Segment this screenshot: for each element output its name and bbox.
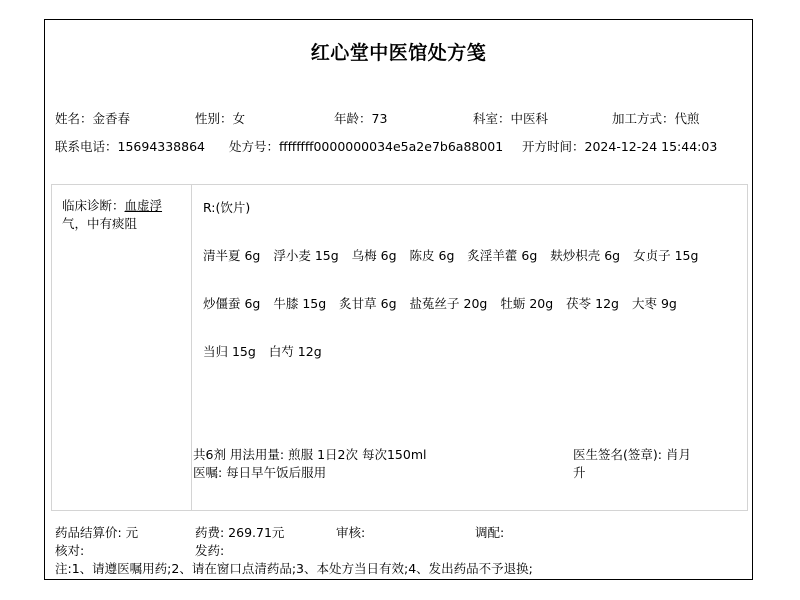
- herb-item: 麸炒枳壳 6g: [550, 248, 620, 263]
- herb-item: 牡蛎 20g: [500, 296, 553, 311]
- prescription-body: R:(饮片) 清半夏 6g 浮小麦 15g 乌梅 6g 陈皮 6g 炙淫羊藿 6…: [193, 185, 747, 510]
- herb-item: 茯苓 12g: [566, 296, 619, 311]
- check-field: 核对:: [55, 541, 84, 559]
- herb-item: 盐菟丝子 20g: [410, 296, 488, 311]
- diagnosis-cell: 临床诊断：血虚浮 气，中有痰阻: [52, 185, 192, 510]
- herb-item: 牛膝 15g: [273, 296, 326, 311]
- herb-item: 炙淫羊藿 6g: [467, 248, 537, 263]
- prescription-number: 处方号：ffffffff0000000034e5a2e7b6a88001: [229, 137, 503, 155]
- prescription-type: R:(饮片): [203, 198, 250, 216]
- herb-item: 清半夏 6g: [203, 248, 260, 263]
- prescription-time: 开方时间：2024-12-24 15:44:03: [522, 137, 717, 155]
- footer-note: 注:1、请遵医嘱用药;2、请在窗口点清药品;3、本处方当日有效;4、发出药品不予…: [55, 559, 533, 577]
- dispense-adjust-field: 调配:: [475, 523, 504, 541]
- process-method: 加工方式：代煎: [612, 109, 700, 127]
- department: 科室：中医科: [473, 109, 548, 127]
- herb-item: 乌梅 6g: [352, 248, 397, 263]
- herb-item: 炒僵蚕 6g: [203, 296, 260, 311]
- herb-item: 白芍 12g: [269, 344, 322, 359]
- herb-item: 陈皮 6g: [410, 248, 455, 263]
- diagnosis-text: 血虚浮: [125, 198, 163, 213]
- drug-fee: 药费: 269.71元: [195, 523, 284, 541]
- phone: 联系电话：15694338864: [55, 137, 205, 155]
- patient-gender: 性别：女: [195, 109, 245, 127]
- herb-item: 大枣 9g: [632, 296, 677, 311]
- settle-price: 药品结算价: 元: [55, 523, 138, 541]
- prescription-table: 临床诊断：血虚浮 气，中有痰阻 R:(饮片) 清半夏 6g 浮小麦 15g 乌梅…: [51, 184, 748, 511]
- patient-age: 年龄：73: [334, 109, 387, 127]
- herb-line-2: 炒僵蚕 6g 牛膝 15g 炙甘草 6g 盐菟丝子 20g 牡蛎 20g 茯苓 …: [203, 294, 686, 312]
- herb-line-3: 当归 15g 白芍 12g: [203, 342, 331, 360]
- diagnosis-text-cont: 气，中有痰阻: [62, 216, 137, 231]
- patient-name: 姓名：金香春: [55, 109, 130, 127]
- herb-item: 女贞子 15g: [633, 248, 698, 263]
- diagnosis-label: 临床诊断：: [62, 198, 125, 213]
- usage-block: 共6剂 用法用量: 煎服 1日2次 每次150ml 医嘱: 每日早午饭后服用: [193, 446, 426, 482]
- herb-item: 浮小麦 15g: [273, 248, 338, 263]
- page-title: 红心堂中医馆处方笺: [45, 38, 752, 65]
- herb-item: 炙甘草 6g: [339, 296, 396, 311]
- herb-line-1: 清半夏 6g 浮小麦 15g 乌梅 6g 陈皮 6g 炙淫羊藿 6g 麸炒枳壳 …: [203, 246, 707, 264]
- usage-dosage: 共6剂 用法用量: 煎服 1日2次 每次150ml: [193, 446, 426, 464]
- doctor-signature: 医生签名(签章): 肖月升: [573, 446, 703, 482]
- review-field: 审核:: [336, 523, 365, 541]
- dispense-field: 发药:: [195, 541, 224, 559]
- prescription-sheet: 红心堂中医馆处方笺 姓名：金香春 性别：女 年龄：73 科室：中医科 加工方式：…: [44, 19, 753, 580]
- medical-advice: 医嘱: 每日早午饭后服用: [193, 464, 426, 482]
- herb-item: 当归 15g: [203, 344, 256, 359]
